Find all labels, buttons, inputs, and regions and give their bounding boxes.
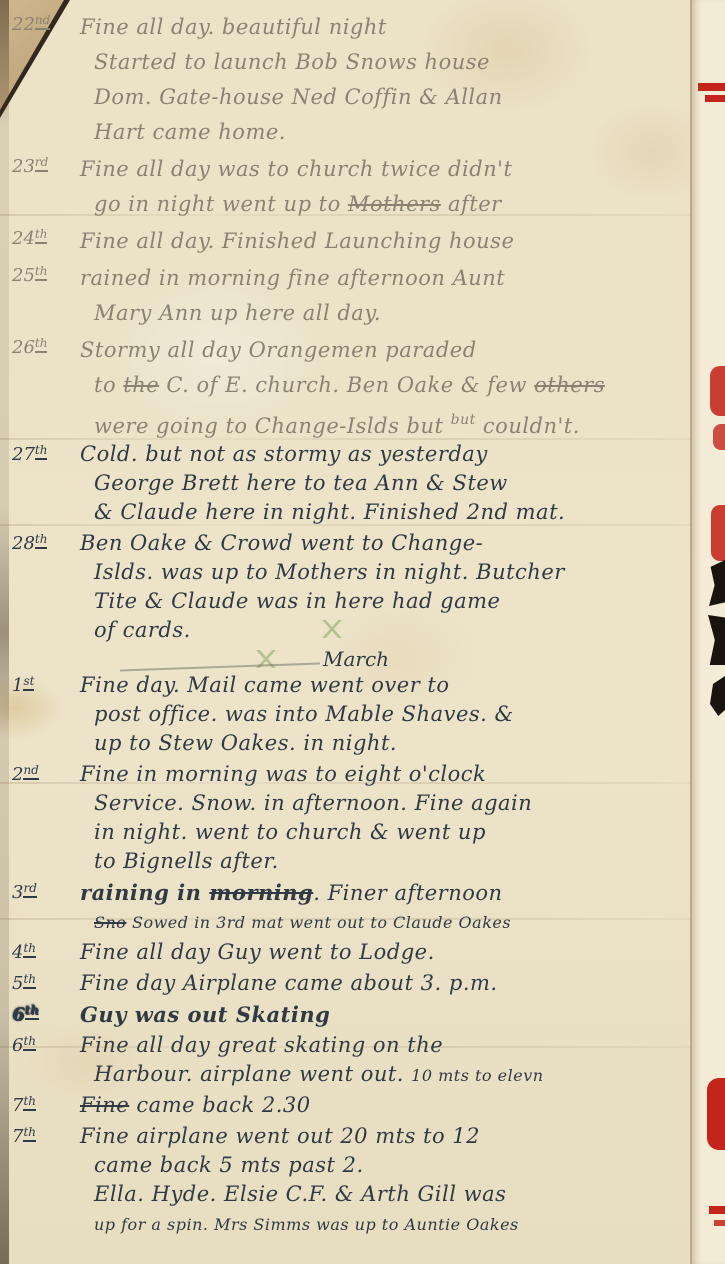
entry-line: Islds. was up to Mothers in night. Butch… <box>80 558 689 587</box>
entry-line: Mary Ann up here all day. <box>80 296 689 331</box>
diary-entry: 7thFine came back 2.30 <box>8 1091 689 1120</box>
entry-line-segment: came back 2.30 <box>129 1093 310 1117</box>
entry-line: Harbour. airplane went out. 10 mts to el… <box>80 1060 689 1089</box>
entry-line-segment: Sowed in 3rd mat went out to Claude Oake… <box>126 913 511 932</box>
entry-line: Tite & Claude was in here had game <box>80 587 689 616</box>
entry-line-segment: Mothers <box>348 192 441 216</box>
red-edge-mark <box>714 1220 725 1226</box>
entry-day-label: 7th <box>12 1125 36 1147</box>
entry-line-segment: to <box>94 373 123 397</box>
entry-line: Guy was out Skating <box>80 1000 689 1029</box>
entry-day-label: 26th <box>12 336 47 358</box>
entry-day-suffix: th <box>35 264 48 281</box>
entry-line-segment: go in night went up to <box>94 192 348 216</box>
entry-line-segment: Sno <box>94 913 126 932</box>
entry-day-suffix: th <box>35 336 48 353</box>
entry-day-label: 27th <box>12 443 47 465</box>
entry-line: Fine day Airplane came about 3. p.m. <box>80 969 689 998</box>
diary-entry: 28thBen Oake & Crowd went to Change-Isld… <box>8 529 689 645</box>
entries: 22ndFine all day. beautiful nightStarted… <box>0 10 689 1240</box>
entry-day-label: 3rd <box>12 881 37 903</box>
entry-line: Dom. Gate-house Ned Coffin & Allan <box>80 80 689 115</box>
entry-line: Fine all day Guy went to Lodge. <box>80 938 689 967</box>
entry-day-label: 4th <box>12 941 36 963</box>
entry-line-segment: others <box>534 373 605 397</box>
entry-line: Fine airplane went out 20 mts to 12 <box>80 1122 689 1151</box>
diary-entry: 22ndFine all day. beautiful nightStarted… <box>8 10 689 150</box>
entry-line: Fine in morning was to eight o'clock <box>80 760 689 789</box>
entry-day-label: 6th <box>12 1034 36 1056</box>
entry-line: Started to launch Bob Snows house <box>80 45 689 80</box>
red-edge-mark <box>711 505 725 561</box>
entry-line-segment: 10 mts to elevn <box>411 1066 543 1085</box>
entry-line-segment: after <box>441 192 502 216</box>
entry-day-label: 28th <box>12 532 47 554</box>
entry-line: Fine came back 2.30 <box>80 1091 689 1120</box>
entry-line: Service. Snow. in afternoon. Fine again <box>80 789 689 818</box>
entry-day-suffix: rd <box>35 155 48 172</box>
diary-entry: 4thFine all day Guy went to Lodge. <box>8 938 689 967</box>
month-heading: March <box>323 647 689 671</box>
red-edge-mark <box>707 1078 725 1150</box>
entry-line: Ben Oake & Crowd went to Change- <box>80 529 689 558</box>
entry-line: to the C. of E. church. Ben Oake & few o… <box>80 368 689 403</box>
diary-entry: 6thFine all day great skating on theHarb… <box>8 1031 689 1089</box>
entry-day-suffix: th <box>23 1094 36 1111</box>
entry-day-suffix: th <box>35 227 48 244</box>
entry-line: to Bignells after. <box>80 847 689 876</box>
diary-entry: 26thStormy all day Orangemen paradedto t… <box>8 333 689 438</box>
entry-line-segment: couldn't. <box>476 414 580 438</box>
entry-line: Fine day. Mail came went over to <box>80 671 689 700</box>
entry-line: up to Stew Oakes. in night. <box>80 729 689 758</box>
diary-entry: 3rdraining in morning. Finer afternoonSn… <box>8 878 689 936</box>
entry-day-suffix: nd <box>35 13 50 30</box>
entry-line-segment: Fine <box>80 1093 129 1117</box>
entry-day-suffix: th <box>23 941 36 958</box>
diary-entry: 7thFine airplane went out 20 mts to 12ca… <box>8 1122 689 1238</box>
entry-line: go in night went up to Mothers after <box>80 187 689 222</box>
diary-entry: 23rdFine all day was to church twice did… <box>8 152 689 222</box>
entry-line-segment: C. of E. church. Ben Oake & few <box>159 373 534 397</box>
entry-line: Sno Sowed in 3rd mat went out to Claude … <box>80 907 689 936</box>
entry-day-label: 1st <box>12 674 34 696</box>
entry-line: were going to Change-Islds but but could… <box>80 403 689 438</box>
entry-line: Hart came home. <box>80 115 689 150</box>
facing-page-edge <box>690 0 725 1264</box>
red-edge-mark <box>709 1206 725 1214</box>
diary-entry: 6thGuy was out Skating <box>8 1000 689 1029</box>
entry-line: of cards. <box>80 616 689 645</box>
entry-day-label: 22nd <box>12 13 50 35</box>
black-edge-mark <box>708 615 725 665</box>
diary-entry: 24thFine all day. Finished Launching hou… <box>8 224 689 259</box>
diary-entry: 27thCold. but not as stormy as yesterday… <box>8 440 689 527</box>
entry-day-label: 6th <box>12 1003 39 1025</box>
entry-day-suffix: nd <box>23 763 38 780</box>
entry-line: Cold. but not as stormy as yesterday <box>80 440 689 469</box>
entry-day-label: 23rd <box>12 155 48 177</box>
entry-line: raining in morning. Finer afternoon <box>80 878 689 907</box>
diary-entry: 5thFine day Airplane came about 3. p.m. <box>8 969 689 998</box>
entry-line-segment: but <box>451 412 476 428</box>
diary-entry: 2ndFine in morning was to eight o'clockS… <box>8 760 689 876</box>
entry-line: came back 5 mts past 2. <box>80 1151 689 1180</box>
diary-entry: 25thrained in morning fine afternoon Aun… <box>8 261 689 331</box>
entry-day-suffix: th <box>23 1125 36 1142</box>
entry-line: post office. was into Mable Shaves. & <box>80 700 689 729</box>
diary-entry: 1stFine day. Mail came went over topost … <box>8 671 689 758</box>
entry-day-suffix: st <box>23 674 34 691</box>
red-edge-mark <box>713 424 725 450</box>
entry-day-label: 25th <box>12 264 47 286</box>
red-edge-mark <box>705 95 725 102</box>
black-edge-mark <box>710 676 725 716</box>
diary-page-scan: 22ndFine all day. beautiful nightStarted… <box>0 0 725 1264</box>
entry-line: George Brett here to tea Ann & Stew <box>80 469 689 498</box>
entry-day-suffix: th <box>23 972 36 989</box>
entry-day-suffix: th <box>25 1003 39 1020</box>
entry-line-segment: the <box>123 373 159 397</box>
entry-line-segment: Harbour. airplane went out. <box>94 1062 411 1086</box>
entry-day-label: 7th <box>12 1094 36 1116</box>
entry-day-suffix: th <box>35 443 48 460</box>
entry-day-label: 2nd <box>12 763 39 785</box>
entry-day-label: 5th <box>12 972 36 994</box>
entry-line-segment: were going to Change-Islds but <box>94 414 451 438</box>
black-edge-mark <box>709 560 725 606</box>
entry-line: in night. went to church & went up <box>80 818 689 847</box>
entry-line: rained in morning fine afternoon Aunt <box>80 261 689 296</box>
entry-day-suffix: rd <box>23 881 36 898</box>
entry-line: up for a spin. Mrs Simms was up to Aunti… <box>80 1209 689 1238</box>
entry-line-segment: morning <box>209 880 313 905</box>
entry-line: Fine all day. beautiful night <box>80 10 689 45</box>
entry-line: Fine all day great skating on the <box>80 1031 689 1060</box>
entry-line-segment: up for a spin. Mrs Simms was up to Aunti… <box>94 1215 519 1234</box>
entry-line-segment: raining in <box>80 880 209 905</box>
entry-day-suffix: th <box>23 1034 36 1051</box>
red-edge-mark <box>710 366 725 416</box>
entry-day-label: 24th <box>12 227 47 249</box>
entry-line: Stormy all day Orangemen paraded <box>80 333 689 368</box>
red-edge-mark <box>698 83 725 91</box>
entry-day-suffix: th <box>35 532 48 549</box>
entry-line: Fine all day. Finished Launching house <box>80 224 689 259</box>
entry-line: & Claude here in night. Finished 2nd mat… <box>80 498 689 527</box>
entry-line: Ella. Hyde. Elsie C.F. & Arth Gill was <box>80 1180 689 1209</box>
entry-line-segment: Guy was out Skating <box>80 1002 330 1027</box>
entry-line: Fine all day was to church twice didn't <box>80 152 689 187</box>
entry-line-segment: . Finer afternoon <box>313 881 502 905</box>
